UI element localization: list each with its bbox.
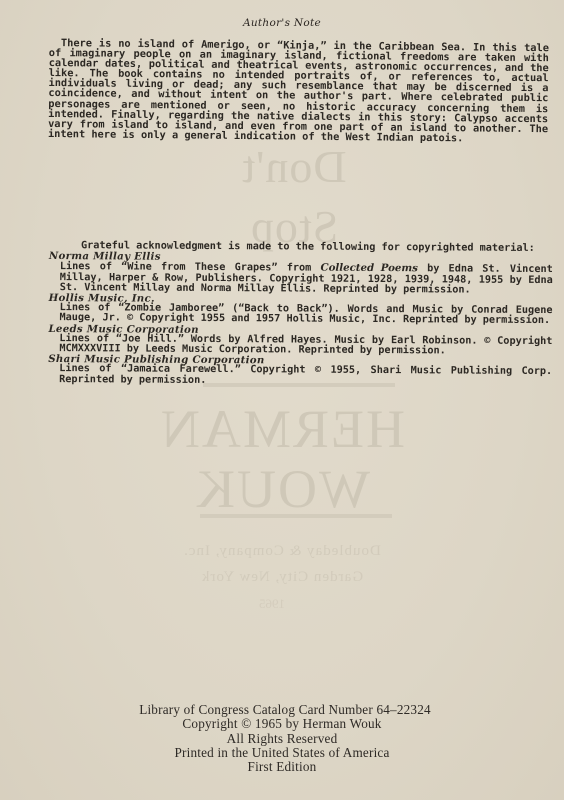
book-page: Don't Stop HERMAN WOUK Doubleday & Compa… [0, 0, 564, 800]
printed-in: Printed in the United States of America [0, 746, 564, 760]
ack-source-entry: Lines of “Wine from These Grapes” from C… [49, 261, 553, 296]
show-through-year: 1965 [0, 596, 554, 612]
show-through-author-line2: WOUK [0, 458, 564, 520]
colophon: Library of Congress Catalog Card Number … [0, 703, 564, 774]
ack-source-entry: Lines of “Jamaica Farewell.” Copyright ©… [48, 364, 552, 387]
show-through-city: Garden City, New York [0, 569, 564, 586]
edition: First Edition [0, 760, 564, 774]
authors-note-heading: Author's Note [0, 17, 564, 29]
authors-note-paragraph: There is no island of Amerigo, or “Kinja… [48, 38, 549, 144]
authors-note-body: There is no island of Amerigo, or “Kinja… [48, 38, 549, 144]
copyright-line: Copyright © 1965 by Herman Wouk [0, 717, 564, 731]
catalog-card-number: Library of Congress Catalog Card Number … [0, 703, 564, 717]
show-through-author-line1: HERMAN [0, 398, 564, 460]
show-through-publisher: Doubleday & Company, Inc. [0, 543, 564, 560]
show-through-title-line1: Don't [12, 140, 564, 193]
show-through-rule-bottom [200, 514, 392, 518]
rights-reserved: All Rights Reserved [0, 732, 564, 746]
acknowledgments-section: Grateful acknowledgment is made to the f… [48, 241, 553, 388]
